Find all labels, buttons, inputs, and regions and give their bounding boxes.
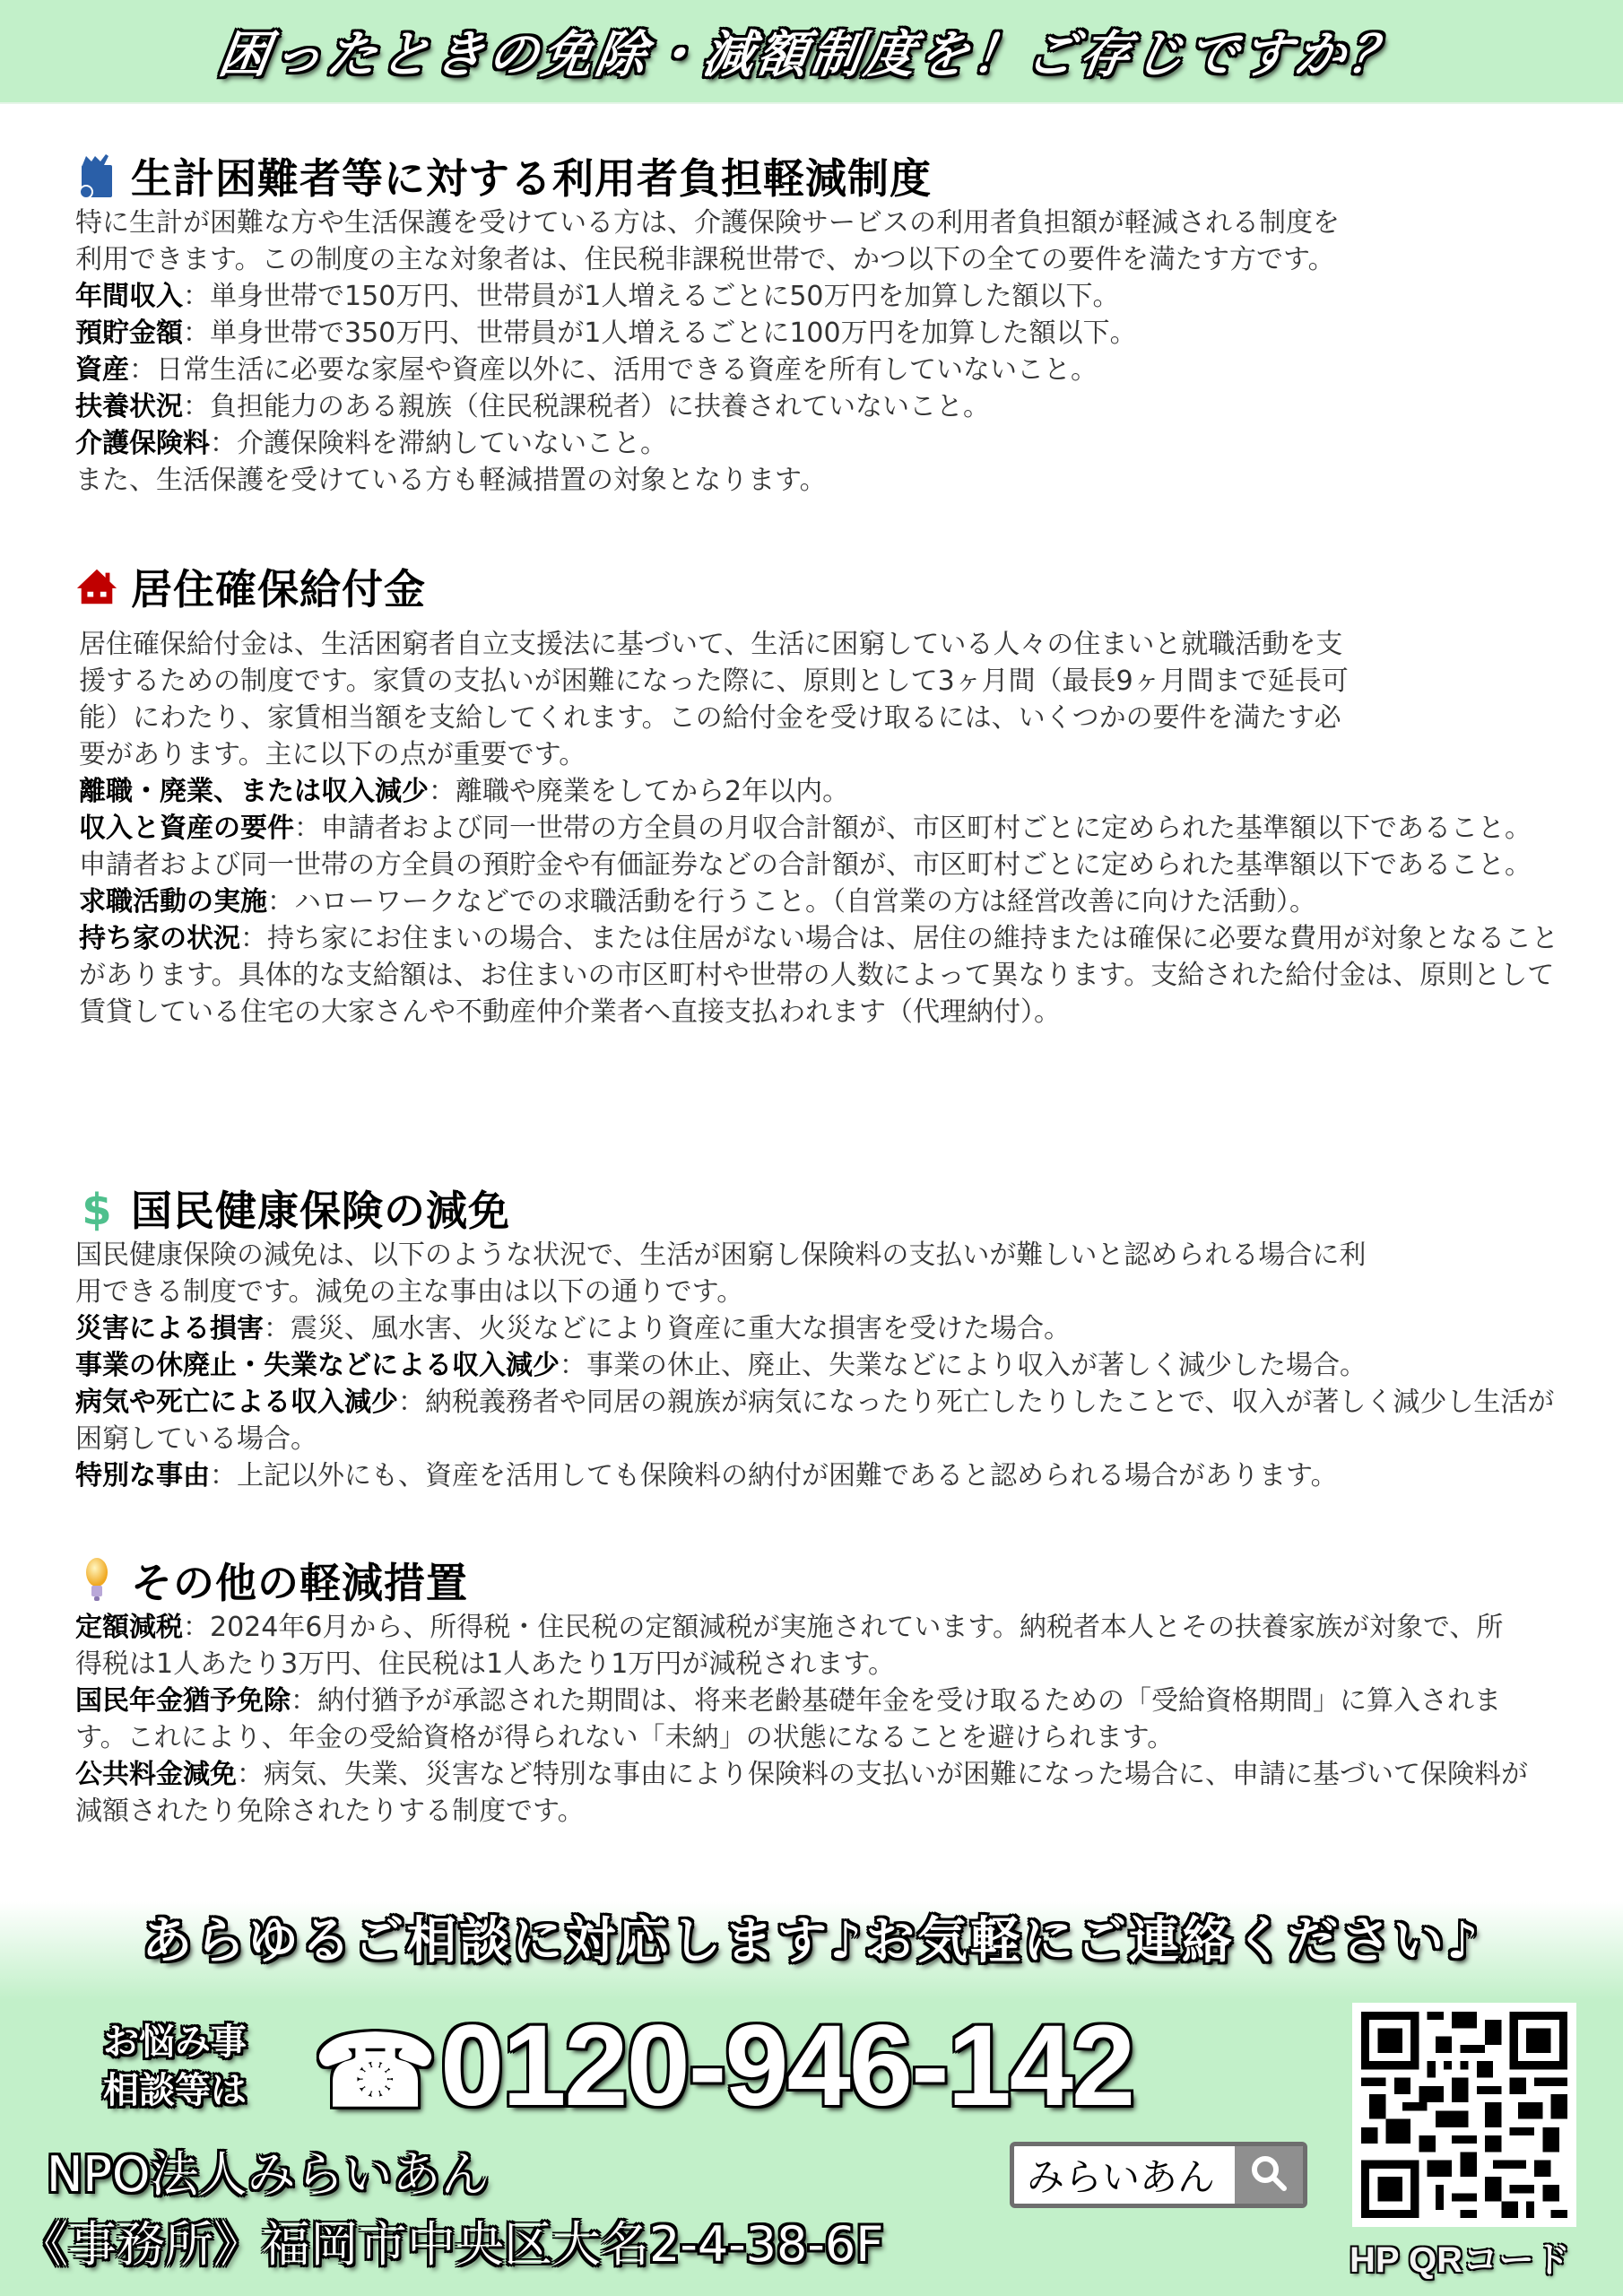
organization-name: NPO法人みらいあん xyxy=(47,2136,489,2205)
intro-line: 要があります。主に以下の点が重要です。 xyxy=(79,736,1555,773)
requirement-item: 求職活動の実施：ハローワークなどでの求職活動を行うこと。（自営業の方は経営改善に… xyxy=(79,883,1555,920)
section-body: 定額減税：2024年6月から、所得税・住民税の定額減税が実施されています。納税者… xyxy=(75,1609,1528,1830)
item-label: 介護保険料 xyxy=(75,428,210,459)
light-bulb-icon xyxy=(75,1557,118,1604)
item-text: ：負担能力のある親族（住民税課税者）に扶養されていないこと。 xyxy=(183,391,990,422)
grocery-bag-icon xyxy=(75,152,118,199)
item-text: ：単身世帯で350万円、世帯員が1人増えるごとに100万円を加算した額以下。 xyxy=(183,317,1137,349)
item-label: 持ち家の状況 xyxy=(79,923,240,954)
item-label: 扶養状況 xyxy=(75,391,183,422)
item-label: 特別な事由 xyxy=(75,1460,210,1492)
section-heading: $ 国民健康保険の減免 xyxy=(75,1179,1555,1237)
footer-slogan: あらゆるご相談に対応します♪お気軽にご連絡ください♪ xyxy=(0,1901,1623,1973)
intro-line: 援するための制度です。家賃の支払いが困難になった際に、原則として3ヶ月間（最長9… xyxy=(79,663,1555,700)
item-label: 定額減税 xyxy=(75,1612,183,1643)
section-housing-benefit: 居住確保給付金 居住確保給付金は、生活困窮者自立支援法に基づいて、生活に困窮して… xyxy=(75,558,1555,1031)
dollar-sign-icon: $ xyxy=(75,1185,118,1231)
section-other-reductions: その他の軽減措置 定額減税：2024年6月から、所得税・住民税の定額減税が実施さ… xyxy=(75,1552,1555,1830)
item-label: 公共料金減免 xyxy=(75,1759,237,1790)
requirement-item: 災害による損害：震災、風水害、火災などにより資産に重大な損害を受けた場合。 xyxy=(75,1310,1555,1347)
item-label: 収入と資産の要件 xyxy=(79,813,294,844)
item-text: ：上記以外にも、資産を活用しても保険料の納付が困難であると認められる場合がありま… xyxy=(210,1460,1338,1492)
intro-line: 用できる制度です。減免の主な事由は以下の通りです。 xyxy=(75,1274,1555,1310)
phone-digits: 0120-946-142 xyxy=(440,2002,1133,2130)
requirement-item: 預貯金額：単身世帯で350万円、世帯員が1人増えるごとに100万円を加算した額以… xyxy=(75,315,1555,352)
item-label: 病気や死亡による収入減少 xyxy=(75,1387,398,1418)
item-text: ：単身世帯で150万円、世帯員が1人増えるごとに50万円を加算した額以下。 xyxy=(183,281,1120,312)
qr-code[interactable] xyxy=(1352,2003,1576,2227)
item-text: ：ハローワークなどでの求職活動を行うこと。（自営業の方は経営改善に向けた活動）。 xyxy=(267,886,1316,918)
section-heading: 生計困難者等に対する利用者負担軽減制度 xyxy=(75,147,1555,204)
item-label: 離職・廃業、または収入減少 xyxy=(79,776,429,807)
requirement-item: 特別な事由：上記以外にも、資産を活用しても保険料の納付が困難であると認められる場… xyxy=(75,1457,1555,1494)
section-body: 国民健康保険の減免は、以下のような状況で、生活が困窮し保険料の支払いが難しいと認… xyxy=(75,1237,1555,1494)
search-icon xyxy=(1248,2152,1289,2197)
requirement-item: 持ち家の状況：持ち家にお住まいの場合、または住居がない場合は、居住の維持または確… xyxy=(79,920,1558,1031)
requirement-item: 収入と資産の要件：申請者および同一世帯の方全員の月収合計額が、市区町村ごとに定め… xyxy=(79,810,1549,883)
requirement-item: 離職・廃業、または収入減少：離職や廃業をしてから2年以内。 xyxy=(79,773,1555,810)
section-title: 居住確保給付金 xyxy=(131,557,426,616)
item-text: ：持ち家にお住まいの場合、または住居がない場合は、居住の維持または確保に必要な費… xyxy=(79,923,1558,1028)
phone-number[interactable]: ☎0120-946-142 xyxy=(314,2000,1133,2132)
search-query[interactable]: みらいあん xyxy=(1014,2146,1235,2204)
section-heading: その他の軽減措置 xyxy=(75,1552,1555,1609)
intro-line: 居住確保給付金は、生活困窮者自立支援法に基づいて、生活に困窮している人々の住まい… xyxy=(79,626,1555,663)
requirement-item: 病気や死亡による収入減少：納税義務者や同居の親族が病気になったり死亡したりしたこ… xyxy=(75,1384,1555,1457)
outro-line: また、生活保護を受けている方も軽減措置の対象となります。 xyxy=(75,462,1555,499)
top-banner: 困ったときの免除・減額制度を！ご存じですか？ xyxy=(0,0,1623,104)
section-user-burden-reduction: 生計困難者等に対する利用者負担軽減制度 特に生計が困難な方や生活保護を受けている… xyxy=(75,147,1555,499)
search-box[interactable]: みらいあん xyxy=(1010,2142,1307,2208)
intro-line: 特に生計が困難な方や生活保護を受けている方は、介護保険サービスの利用者負担額が軽… xyxy=(75,204,1555,241)
section-body: 居住確保給付金は、生活困窮者自立支援法に基づいて、生活に困窮している人々の住まい… xyxy=(75,626,1555,1031)
office-address: 《事務所》福岡市中央区大名2-4-38-6F xyxy=(20,2206,883,2275)
requirement-item: 公共料金減免：病気、失業、災害など特別な事由により保険料の支払いが困難になった場… xyxy=(75,1756,1528,1830)
house-icon xyxy=(75,563,118,610)
qr-code-image xyxy=(1361,2012,1567,2218)
item-text: ：事業の休止、廃止、失業などにより収入が著しく減少した場合。 xyxy=(560,1350,1367,1381)
intro-line: 利用できます。この制度の主な対象者は、住民税非課税世帯で、かつ以下の全ての要件を… xyxy=(75,241,1555,278)
requirement-item: 資産：日常生活に必要な家屋や資産以外に、活用できる資産を所有していないこと。 xyxy=(75,352,1555,388)
requirement-item: 扶養状況：負担能力のある親族（住民税課税者）に扶養されていないこと。 xyxy=(75,388,1555,425)
requirement-item: 年間収入：単身世帯で150万円、世帯員が1人増えるごとに50万円を加算した額以下… xyxy=(75,278,1555,315)
intro-line: 国民健康保険の減免は、以下のような状況で、生活が困窮し保険料の支払いが難しいと認… xyxy=(75,1237,1555,1274)
consult-label-line2: 相談等は xyxy=(90,2066,260,2115)
item-label: 資産 xyxy=(75,354,129,386)
requirement-item: 国民年金猶予免除：納付猶予が承認された期間は、将来老齢基礎年金を受け取るための「… xyxy=(75,1683,1528,1756)
item-text: ：日常生活に必要な家屋や資産以外に、活用できる資産を所有していないこと。 xyxy=(129,354,1098,386)
item-label: 事業の休廃止・失業などによる収入減少 xyxy=(75,1350,560,1381)
item-label: 預貯金額 xyxy=(75,317,183,349)
requirement-item: 定額減税：2024年6月から、所得税・住民税の定額減税が実施されています。納税者… xyxy=(75,1609,1528,1683)
section-health-insurance-reduction: $ 国民健康保険の減免 国民健康保険の減免は、以下のような状況で、生活が困窮し保… xyxy=(75,1179,1555,1494)
item-text: ：介護保険料を滞納していないこと。 xyxy=(210,428,667,459)
section-body: 特に生計が困難な方や生活保護を受けている方は、介護保険サービスの利用者負担額が軽… xyxy=(75,204,1555,499)
svg-text:$: $ xyxy=(82,1185,111,1231)
item-label: 求職活動の実施 xyxy=(79,886,267,918)
item-label: 国民年金猶予免除 xyxy=(75,1685,291,1717)
item-text: ：病気、失業、災害など特別な事由により保険料の支払いが困難になった場合に、申請に… xyxy=(75,1759,1528,1827)
section-title: 国民健康保険の減免 xyxy=(131,1178,510,1238)
consult-label: お悩み事 相談等は xyxy=(90,2018,260,2115)
section-title: 生計困難者等に対する利用者負担軽減制度 xyxy=(131,146,932,205)
requirement-item: 事業の休廃止・失業などによる収入減少：事業の休止、廃止、失業などにより収入が著し… xyxy=(75,1347,1555,1384)
intro-line: 能）にわたり、家賃相当額を支給してくれます。この給付金を受け取るには、いくつかの… xyxy=(79,700,1555,736)
banner-title: 困ったときの免除・減額制度を！ご存じですか？ xyxy=(214,15,1408,87)
item-text: ：離職や廃業をしてから2年以内。 xyxy=(429,776,849,807)
consult-label-line1: お悩み事 xyxy=(90,2018,260,2066)
qr-code-label: HP QRコード xyxy=(1350,2231,1570,2283)
search-button[interactable] xyxy=(1235,2146,1303,2204)
item-text: ：2024年6月から、所得税・住民税の定額減税が実施されています。納税者本人とそ… xyxy=(75,1612,1503,1680)
section-heading: 居住確保給付金 xyxy=(75,558,1555,615)
item-text: ：震災、風水害、火災などにより資産に重大な損害を受けた場合。 xyxy=(264,1313,1071,1344)
telephone-icon: ☎ xyxy=(314,2016,435,2126)
section-title: その他の軽減措置 xyxy=(131,1551,468,1610)
item-label: 災害による損害 xyxy=(75,1313,264,1344)
item-text: ：申請者および同一世帯の方全員の月収合計額が、市区町村ごとに定められた基準額以下… xyxy=(79,813,1532,881)
requirement-item: 介護保険料：介護保険料を滞納していないこと。 xyxy=(75,425,1555,462)
item-label: 年間収入 xyxy=(75,281,183,312)
